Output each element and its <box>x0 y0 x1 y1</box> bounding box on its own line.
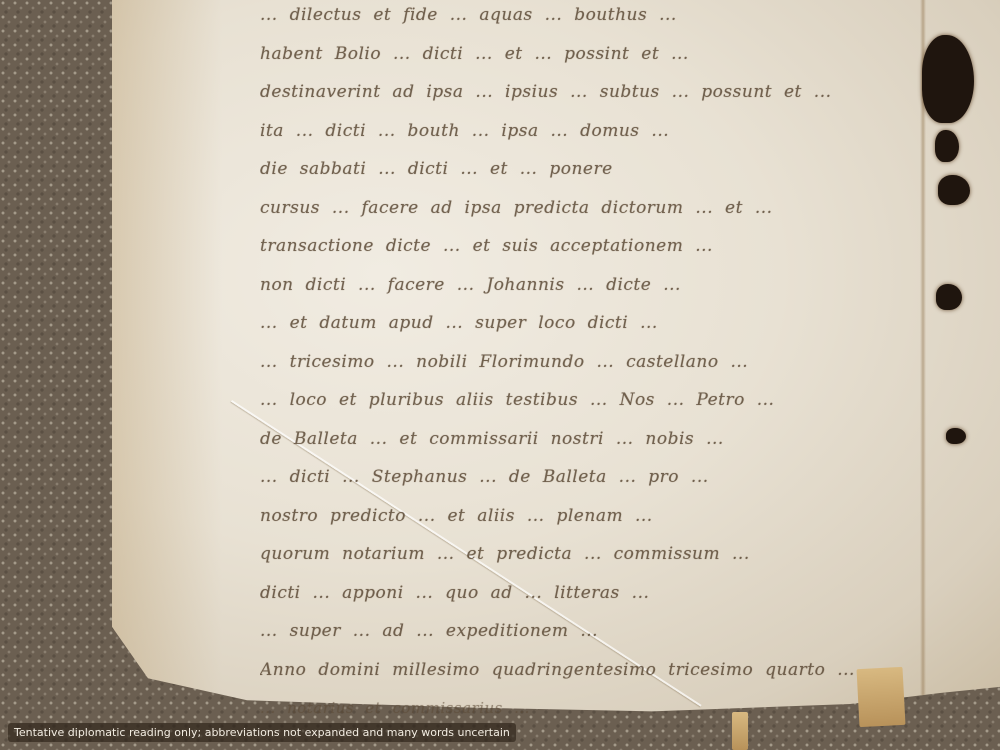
text-line: die sabbati ... dicti ... et ... ponere <box>260 150 1000 189</box>
text-line: quorum notarium ... et predicta ... comm… <box>260 535 1000 574</box>
text-line: non dicti ... facere ... Johannis ... di… <box>260 266 1000 305</box>
text-line: ... loco et pluribus aliis testibus ... … <box>260 381 1000 420</box>
transcription-note: Tentative diplomatic reading only; abbre… <box>8 723 516 742</box>
text-line: nostro predicto ... et aliis ... plenam … <box>260 497 1000 536</box>
text-line: Anno domini millesimo quadringentesimo t… <box>260 651 1000 690</box>
edge-stain <box>112 0 222 715</box>
text-line: ... et datum apud ... super loco dicti .… <box>260 304 1000 343</box>
text-line: transactione dicte ... et suis acceptati… <box>260 227 1000 266</box>
text-line: ... notarius et commissarius ... <box>260 689 1000 728</box>
text-line: destinaverint ad ipsa ... ipsius ... sub… <box>260 73 1000 112</box>
text-line: ... super ... ad ... expeditionem ... <box>260 612 1000 651</box>
text-line: habent Bolio ... dicti ... et ... possin… <box>260 35 1000 74</box>
text-line: ... dicti ... Stephanus ... de Balleta .… <box>260 458 1000 497</box>
text-line: dicti ... apponi ... quo ad ... litteras… <box>260 574 1000 613</box>
text-line: de Balleta ... et commissarii nostri ...… <box>260 420 1000 459</box>
text-line: ita ... dicti ... bouth ... ipsa ... dom… <box>260 112 1000 151</box>
manuscript-text: ... dilectus et fide ... aquas ... bouth… <box>260 0 1000 728</box>
text-line: ... tricesimo ... nobili Florimundo ... … <box>260 343 1000 382</box>
text-line: ... dilectus et fide ... aquas ... bouth… <box>260 0 1000 35</box>
text-line: cursus ... facere ad ipsa predicta dicto… <box>260 189 1000 228</box>
